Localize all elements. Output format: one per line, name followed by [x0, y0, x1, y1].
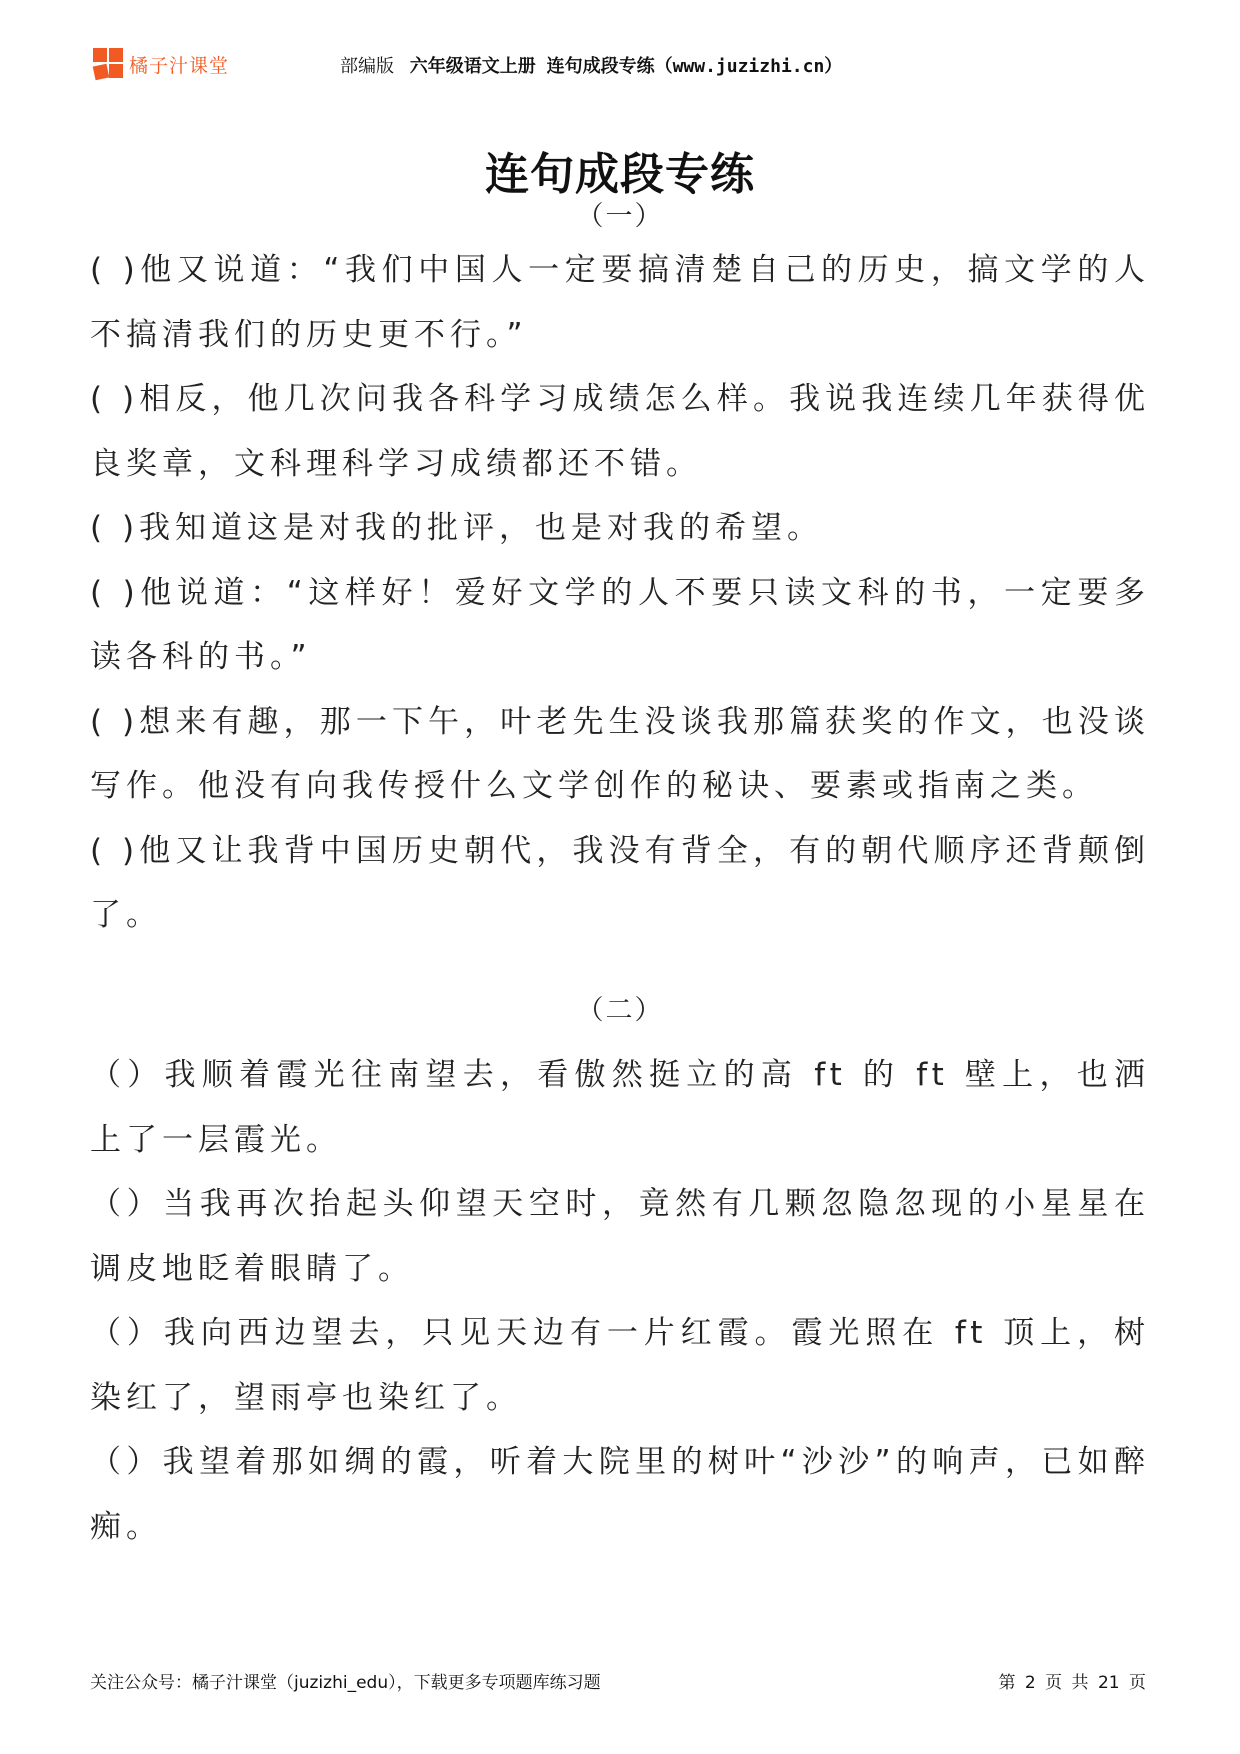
exercise-sentence: ( )他又让我背中国历史朝代，我没有背全，有的朝代顺序还背颠倒了。 [90, 819, 1150, 948]
page-header: 橘子汁课堂 部编版 六年级语文上册 连句成段专练（www.juzizhi.cn） [90, 46, 1150, 82]
page-title: 连句成段专练 [0, 138, 1240, 202]
exercise-sentence: ( )想来有趣，那一下午，叶老先生没谈我那篇获奖的作文，也没谈写作。他没有向我传… [90, 690, 1150, 819]
footer-promo: 关注公众号：橘子汁课堂（juzizhi_edu），下载更多专项题库练习题 [90, 1668, 601, 1693]
section-2-body: （）我顺着霞光往南望去，看傲然挺立的高 ft 的 ft 壁上，也洒上了一层霞光。… [90, 1043, 1150, 1559]
exercise-sentence: （）我顺着霞光往南望去，看傲然挺立的高 ft 的 ft 壁上，也洒上了一层霞光。 [90, 1043, 1150, 1172]
exercise-sentence: （）当我再次抬起头仰望天空时，竟然有几颗忽隐忽现的小星星在调皮地眨着眼睛了。 [90, 1172, 1150, 1301]
exercise-sentence: ( )他又说道：“我们中国人一定要搞清楚自己的历史，搞文学的人不搞清我们的历史更… [90, 238, 1150, 367]
exercise-sentence: ( )他说道：“这样好！爱好文学的人不要只读文科的书，一定要多读各科的书。” [90, 561, 1150, 690]
document-title: 六年级语文上册 连句成段专练（www.juzizhi.cn） [410, 56, 843, 77]
section-label-1: （一） [0, 194, 1240, 233]
exercise-sentence: （）我向西边望去，只见天边有一片红霞。霞光照在 ft 顶上，树染红了，望雨亭也染… [90, 1301, 1150, 1430]
exercise-sentence: ( )相反，他几次问我各科学习成绩怎么样。我说我连续几年获得优良奖章，文科理科学… [90, 367, 1150, 496]
brand-logo: 橘子汁课堂 [93, 48, 229, 80]
exercise-sentence: （）我望着那如绸的霞，听着大院里的树叶“沙沙”的响声，已如醉痴。 [90, 1430, 1150, 1559]
header-title: 部编版 六年级语文上册 连句成段专练（www.juzizhi.cn） [340, 52, 842, 78]
exercise-sentence: ( )我知道这是对我的批评，也是对我的希望。 [90, 496, 1150, 561]
page-number: 第 2 页 共 21 页 [999, 1668, 1146, 1693]
section-1-body: ( )他又说道：“我们中国人一定要搞清楚自己的历史，搞文学的人不搞清我们的历史更… [90, 238, 1150, 948]
logo-text: 橘子汁课堂 [129, 51, 229, 78]
edition-label: 部编版 [340, 56, 394, 77]
section-label-2: （二） [0, 988, 1240, 1027]
logo-squares-icon [93, 48, 125, 80]
